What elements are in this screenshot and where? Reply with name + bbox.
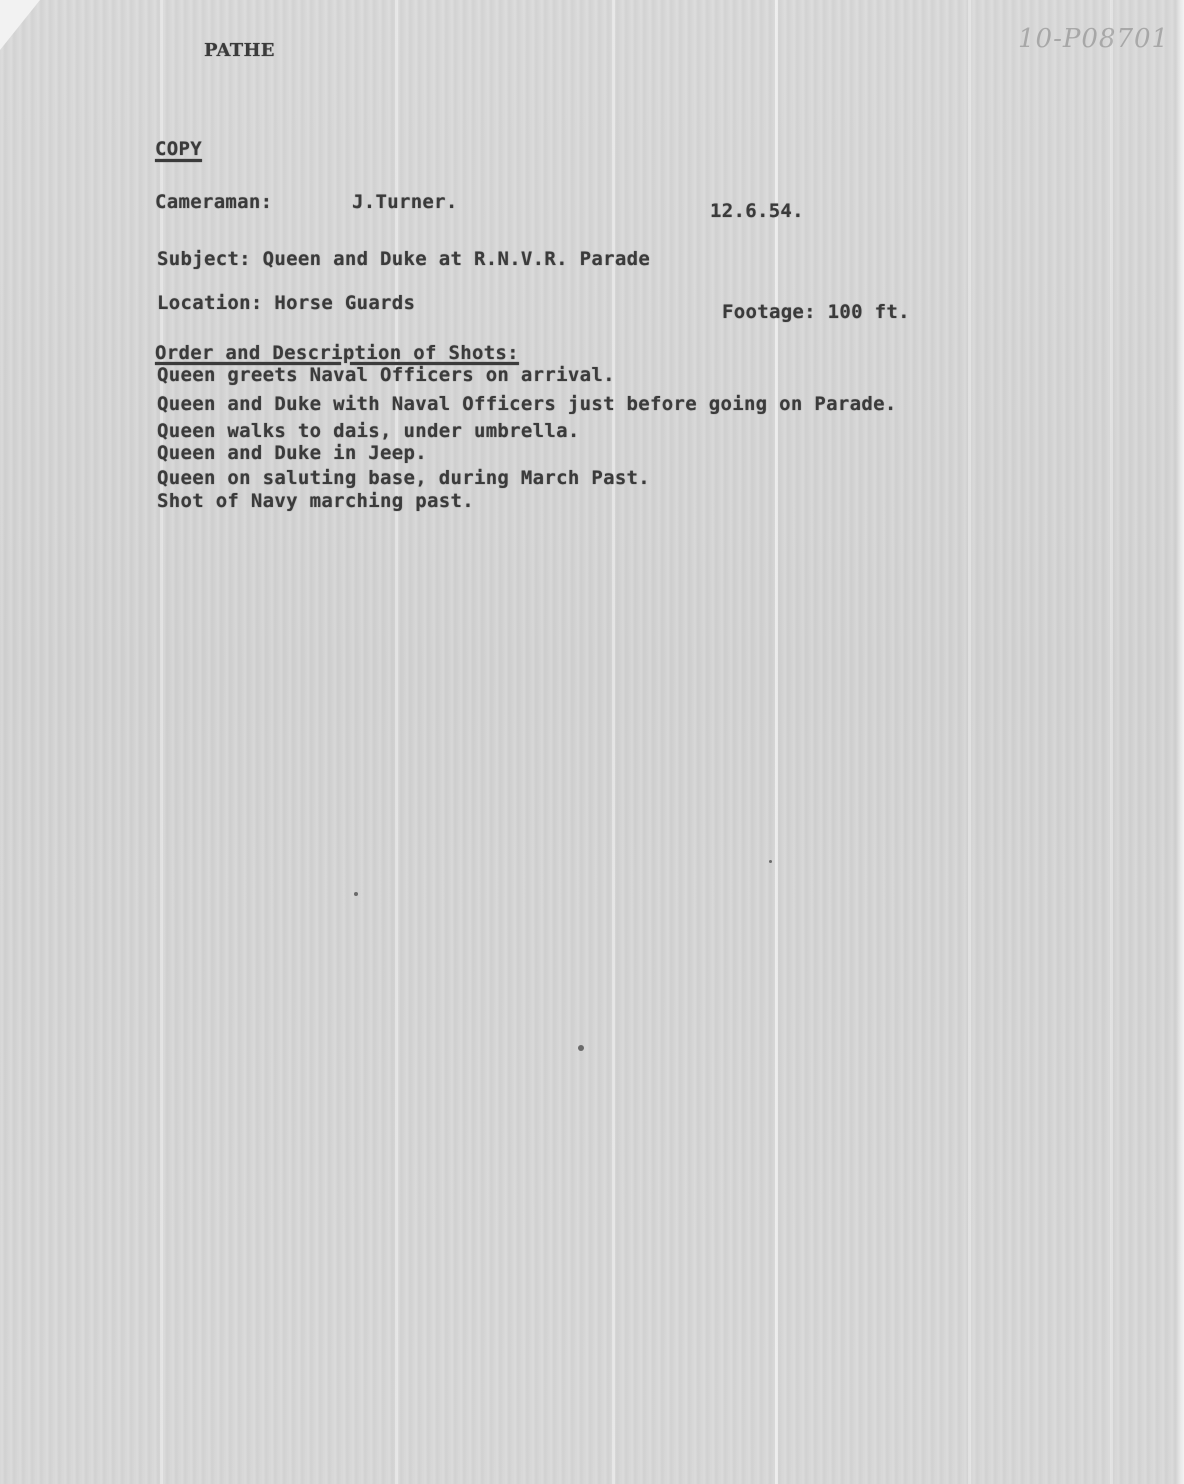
shots-list: Queen greets Naval Officers on arrival. … — [157, 364, 897, 501]
location-value: Horse Guards — [274, 292, 415, 314]
archive-reference: 10-P08701 — [1018, 24, 1169, 54]
scan-streak — [612, 0, 615, 1484]
subject-label: Subject: — [157, 248, 251, 270]
location-label: Location: — [157, 292, 263, 314]
footage-line: Footage: 100 ft. — [722, 301, 910, 323]
scan-streak — [1110, 0, 1113, 1484]
shot-item: Queen greets Naval Officers on arrival. — [157, 364, 897, 387]
cameraman-value: J.Turner. — [352, 191, 458, 213]
shot-item: Shot of Navy marching past. — [157, 490, 897, 513]
folded-corner — [0, 0, 40, 50]
document-date: 12.6.54. — [710, 200, 804, 222]
shots-heading: Order and Description of Shots: — [155, 342, 519, 364]
location-line: Location: Horse Guards — [157, 292, 415, 314]
ink-speck — [578, 1045, 584, 1051]
footage-label: Footage: — [722, 301, 816, 323]
shot-item: Queen and Duke in Jeep. — [157, 442, 897, 465]
scan-streak — [395, 0, 398, 1484]
subject-line: Subject: Queen and Duke at R.N.V.R. Para… — [157, 248, 650, 270]
footage-value: 100 ft. — [828, 301, 910, 323]
letterhead: PATHE — [204, 40, 275, 61]
ink-speck — [769, 860, 772, 863]
copy-label: COPY — [155, 138, 202, 160]
document-page: 10-P08701 PATHE COPY Cameraman: J.Turner… — [0, 0, 1184, 1484]
cameraman-label: Cameraman: — [155, 191, 272, 213]
scan-streak — [968, 0, 971, 1484]
shot-item: Queen on saluting base, during March Pas… — [157, 467, 897, 490]
scan-streak — [775, 0, 778, 1484]
paper-edge — [1176, 0, 1184, 1484]
shot-item: Queen walks to dais, under umbrella. — [157, 420, 897, 443]
subject-value: Queen and Duke at R.N.V.R. Parade — [263, 248, 650, 270]
scan-streak — [160, 0, 163, 1484]
shot-item: Queen and Duke with Naval Officers just … — [157, 393, 897, 416]
ink-speck — [354, 892, 358, 896]
